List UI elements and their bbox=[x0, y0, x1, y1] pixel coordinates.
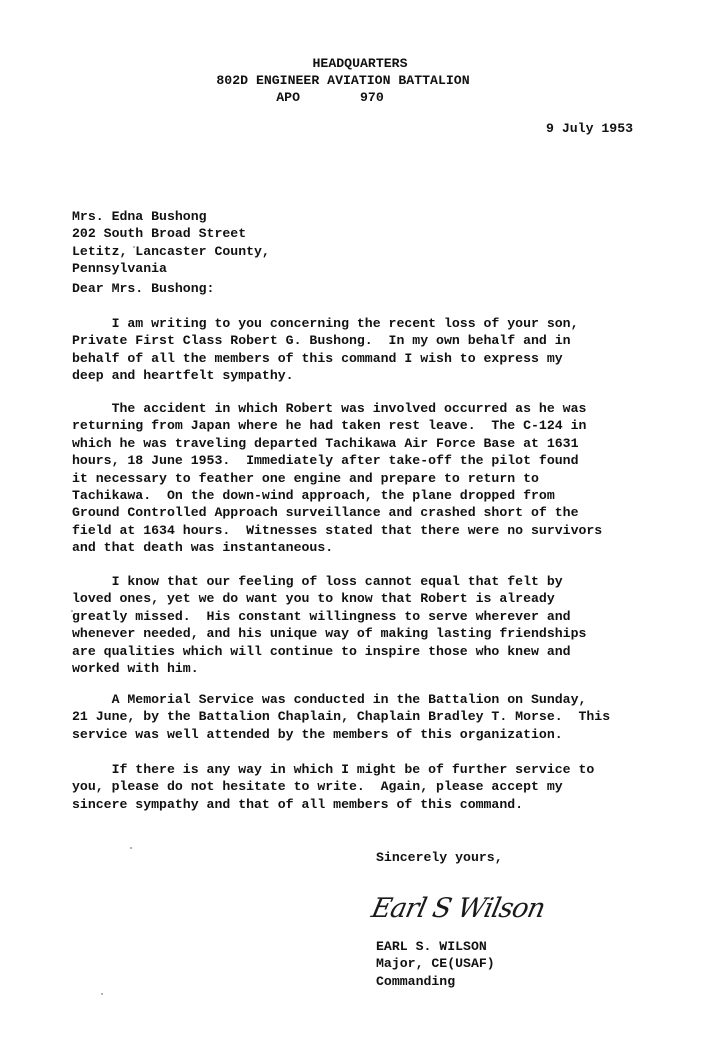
letterhead-headquarters: HEADQUARTERS bbox=[0, 55, 720, 72]
paragraph-offer: If there is any way in which I might be … bbox=[72, 761, 672, 813]
paragraph-condolence: I am writing to you concerning the recen… bbox=[72, 315, 672, 385]
paragraph-line: The accident in which Robert was involve… bbox=[72, 400, 672, 417]
paragraph-line: behalf of all the members of this comman… bbox=[72, 350, 672, 367]
handwritten-signature: Earl S Wilson bbox=[370, 900, 546, 917]
paper-speck bbox=[101, 993, 103, 995]
closing: Sincerely yours, bbox=[376, 849, 503, 866]
paragraph-line: it necessary to feather one engine and p… bbox=[72, 470, 672, 487]
paragraph-line: service was well attended by the members… bbox=[72, 726, 672, 743]
paragraph-memorial: A Memorial Service was conducted in the … bbox=[72, 691, 672, 743]
paragraph-line: returning from Japan where he had taken … bbox=[72, 417, 672, 434]
recipient-state: Pennsylvania bbox=[72, 260, 270, 277]
paper-speck bbox=[133, 246, 135, 248]
paragraph-line: Tachikawa. On the down-wind approach, th… bbox=[72, 487, 672, 504]
paragraph-line: 21 June, by the Battalion Chaplain, Chap… bbox=[72, 708, 672, 725]
paragraph-line: loved ones, yet we do want you to know t… bbox=[72, 590, 672, 607]
salutation: Dear Mrs. Bushong: bbox=[72, 280, 214, 297]
recipient-address: Mrs. Edna Bushong 202 South Broad Street… bbox=[72, 208, 270, 278]
letter-date: 9 July 1953 bbox=[546, 120, 633, 137]
paragraph-accident: The accident in which Robert was involve… bbox=[72, 400, 672, 557]
signatory-title: Commanding bbox=[376, 973, 495, 990]
recipient-name: Mrs. Edna Bushong bbox=[72, 208, 270, 225]
paragraph-line: field at 1634 hours. Witnesses stated th… bbox=[72, 522, 672, 539]
paragraph-line: greatly missed. His constant willingness… bbox=[72, 608, 672, 625]
paragraph-tribute: I know that our feeling of loss cannot e… bbox=[72, 573, 672, 677]
signatory-rank: Major, CE(USAF) bbox=[376, 955, 495, 972]
paragraph-line: A Memorial Service was conducted in the … bbox=[72, 691, 672, 708]
signatory-name: EARL S. WILSON bbox=[376, 938, 495, 955]
paragraph-line: which he was traveling departed Tachikaw… bbox=[72, 435, 672, 452]
paragraph-line: sincere sympathy and that of all members… bbox=[72, 796, 672, 813]
paragraph-line: you, please do not hesitate to write. Ag… bbox=[72, 778, 672, 795]
paragraph-line: deep and heartfelt sympathy. bbox=[72, 367, 672, 384]
letterhead-unit: 802D ENGINEER AVIATION BATTALION bbox=[0, 72, 720, 89]
letterhead: HEADQUARTERS 802D ENGINEER AVIATION BATT… bbox=[0, 55, 720, 106]
apo-number: 970 bbox=[360, 90, 384, 105]
paper-speck bbox=[71, 610, 73, 612]
paragraph-line: If there is any way in which I might be … bbox=[72, 761, 672, 778]
letter-page: HEADQUARTERS 802D ENGINEER AVIATION BATT… bbox=[0, 0, 720, 1038]
paragraph-line: are qualities which will continue to ins… bbox=[72, 643, 672, 660]
paragraph-line: and that death was instantaneous. bbox=[72, 539, 672, 556]
recipient-city: Letitz, Lancaster County, bbox=[72, 243, 270, 260]
letterhead-apo: APO970 bbox=[0, 89, 720, 106]
paragraph-line: I am writing to you concerning the recen… bbox=[72, 315, 672, 332]
signature-block: EARL S. WILSON Major, CE(USAF) Commandin… bbox=[376, 938, 495, 990]
paragraph-line: Private First Class Robert G. Bushong. I… bbox=[72, 332, 672, 349]
paragraph-line: Ground Controlled Approach surveillance … bbox=[72, 504, 672, 521]
paragraph-line: I know that our feeling of loss cannot e… bbox=[72, 573, 672, 590]
recipient-street: 202 South Broad Street bbox=[72, 225, 270, 242]
paper-speck bbox=[130, 847, 132, 849]
apo-label: APO bbox=[276, 90, 300, 105]
paragraph-line: worked with him. bbox=[72, 660, 672, 677]
paragraph-line: hours, 18 June 1953. Immediately after t… bbox=[72, 452, 672, 469]
paragraph-line: whenever needed, and his unique way of m… bbox=[72, 625, 672, 642]
